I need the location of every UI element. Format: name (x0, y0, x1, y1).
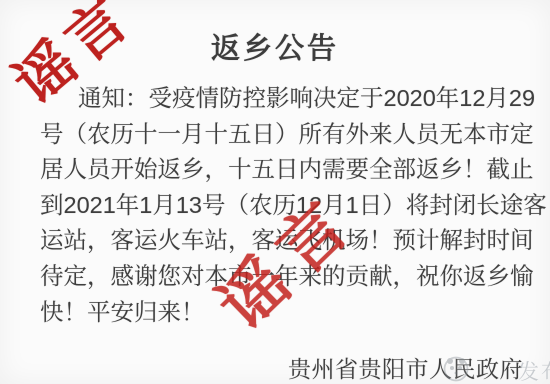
notice-signature: 贵州省贵阳市人民政府 (288, 351, 523, 384)
notice-line: 号（农历十一月十五日）所有外来人员无本市定 (40, 117, 536, 153)
notice-line: 通知：受疫情防控影响决定于2020年12月29 (40, 81, 536, 117)
notice-line: 运站，客运火车站，客运飞机场！预计解封时间 (40, 223, 536, 259)
faint-publisher-watermark: 发布 (518, 356, 550, 384)
notice-line: 到2021年1月13号（农历12月1日）将封闭长途客 (40, 188, 536, 224)
notice-line: 快！平安归来！ (40, 295, 536, 331)
notice-body: 通知：受疫情防控影响决定于2020年12月29 号（农历十一月十五日）所有外来人… (40, 81, 536, 330)
notice-page: 返乡公告 通知：受疫情防控影响决定于2020年12月29 号（农历十一月十五日）… (0, 0, 550, 384)
notice-line: 待定，感谢您对本市一年来的贡献，祝你返乡愉 (40, 259, 536, 295)
notice-title: 返乡公告 (0, 26, 550, 67)
faint-panda-logo-watermark (442, 354, 470, 382)
notice-line: 居人员开始返乡，十五日内需要全部返乡！截止 (40, 152, 536, 188)
